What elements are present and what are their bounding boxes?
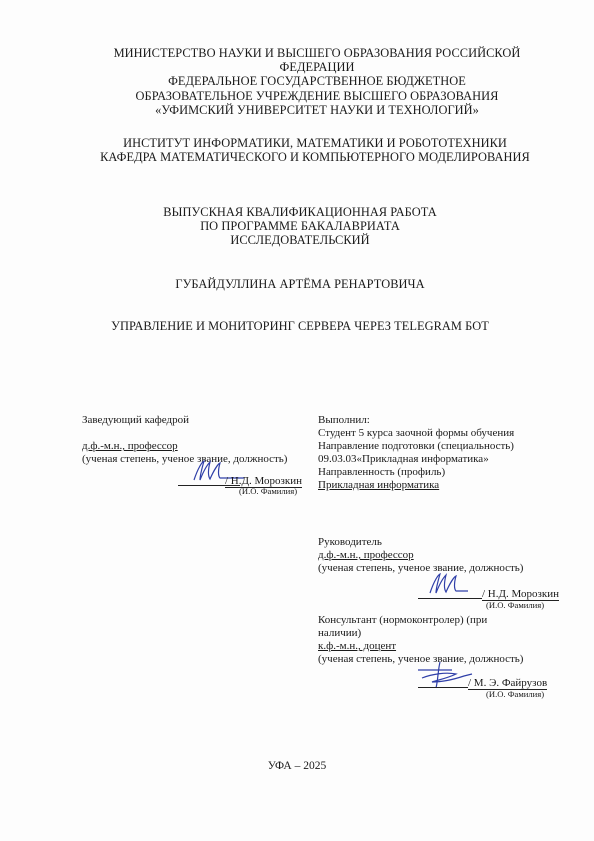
- performer-line: Направление подготовки (специальность): [318, 440, 568, 453]
- header-line: МИНИСТЕРСТВО НАУКИ И ВЫСШЕГО ОБРАЗОВАНИЯ…: [0, 46, 594, 60]
- head-title: Заведующий кафедрой: [82, 414, 312, 427]
- header-line: ОБРАЗОВАТЕЛЬНОЕ УЧРЕЖДЕНИЕ ВЫСШЕГО ОБРАЗ…: [0, 89, 594, 103]
- supervisor-block: Руководитель д.ф.-м.н., профессор (учена…: [318, 536, 568, 611]
- performer-title: Выполнил:: [318, 414, 568, 427]
- consultant-degree: к.ф.-м.н., доцент: [318, 640, 568, 653]
- head-of-department-block: Заведующий кафедрой д.ф.-м.н., профессор…: [82, 414, 312, 498]
- city-year: УФА – 2025: [0, 760, 594, 772]
- header-line: ФЕДЕРАЛЬНОЕ ГОСУДАРСТВЕННОЕ БЮДЖЕТНОЕ: [0, 74, 594, 88]
- header-line: «УФИМСКИЙ УНИВЕРСИТЕТ НАУКИ И ТЕХНОЛОГИЙ…: [0, 103, 594, 117]
- performer-line: Направленность (профиль): [318, 466, 568, 479]
- consultant-title-cont: наличии): [318, 627, 568, 640]
- supervisor-name-caption: (И.О. Фамилия): [486, 600, 594, 610]
- supervisor-degree: д.ф.-м.н., профессор: [318, 549, 568, 562]
- department-line: КАФЕДРА МАТЕМАТИЧЕСКОГО И КОМПЬЮТЕРНОГО …: [0, 150, 594, 164]
- signature-icon: [424, 571, 484, 601]
- author-name: ГУБАЙДУЛЛИНА АРТЁМА РЕНАРТОВИЧА: [0, 277, 594, 291]
- performer-profile: Прикладная информатика: [318, 479, 568, 492]
- consultant-name-caption: (И.О. Фамилия): [486, 689, 594, 699]
- ministry-header: МИНИСТЕРСТВО НАУКИ И ВЫСШЕГО ОБРАЗОВАНИЯ…: [0, 46, 594, 117]
- work-type-block: ВЫПУСКНАЯ КВАЛИФИКАЦИОННАЯ РАБОТА ПО ПРО…: [0, 205, 594, 248]
- author-name-text: ГУБАЙДУЛЛИНА АРТЁМА РЕНАРТОВИЧА: [0, 277, 594, 291]
- work-type-line: ПО ПРОГРАММЕ БАКАЛАВРИАТА: [0, 219, 594, 233]
- work-type-line: ВЫПУСКНАЯ КВАЛИФИКАЦИОННАЯ РАБОТА: [0, 205, 594, 219]
- supervisor-title: Руководитель: [318, 536, 568, 549]
- thesis-topic-text: УПРАВЛЕНИЕ И МОНИТОРИНГ СЕРВЕРА ЧЕРЕЗ TE…: [0, 319, 594, 333]
- institute-block: ИНСТИТУТ ИНФОРМАТИКИ, МАТЕМАТИКИ И РОБОТ…: [0, 136, 594, 164]
- thesis-topic: УПРАВЛЕНИЕ И МОНИТОРИНГ СЕРВЕРА ЧЕРЕЗ TE…: [0, 319, 594, 333]
- performer-line: Студент 5 курса заочной формы обучения: [318, 427, 568, 440]
- document-page: МИНИСТЕРСТВО НАУКИ И ВЫСШЕГО ОБРАЗОВАНИЯ…: [0, 0, 594, 841]
- performer-line: 09.03.03«Прикладная информатика»: [318, 453, 568, 466]
- head-degree: д.ф.-м.н., профессор: [82, 440, 312, 453]
- work-type-line: ИССЛЕДОВАТЕЛЬСКИЙ: [0, 233, 594, 247]
- consultant-title: Консультант (нормоконтролер) (при: [318, 614, 568, 627]
- institute-line: ИНСТИТУТ ИНФОРМАТИКИ, МАТЕМАТИКИ И РОБОТ…: [0, 136, 594, 150]
- consultant-block: Консультант (нормоконтролер) (при наличи…: [318, 614, 568, 700]
- header-line: ФЕДЕРАЦИИ: [0, 60, 594, 74]
- performer-block: Выполнил: Студент 5 курса заочной формы …: [318, 414, 568, 493]
